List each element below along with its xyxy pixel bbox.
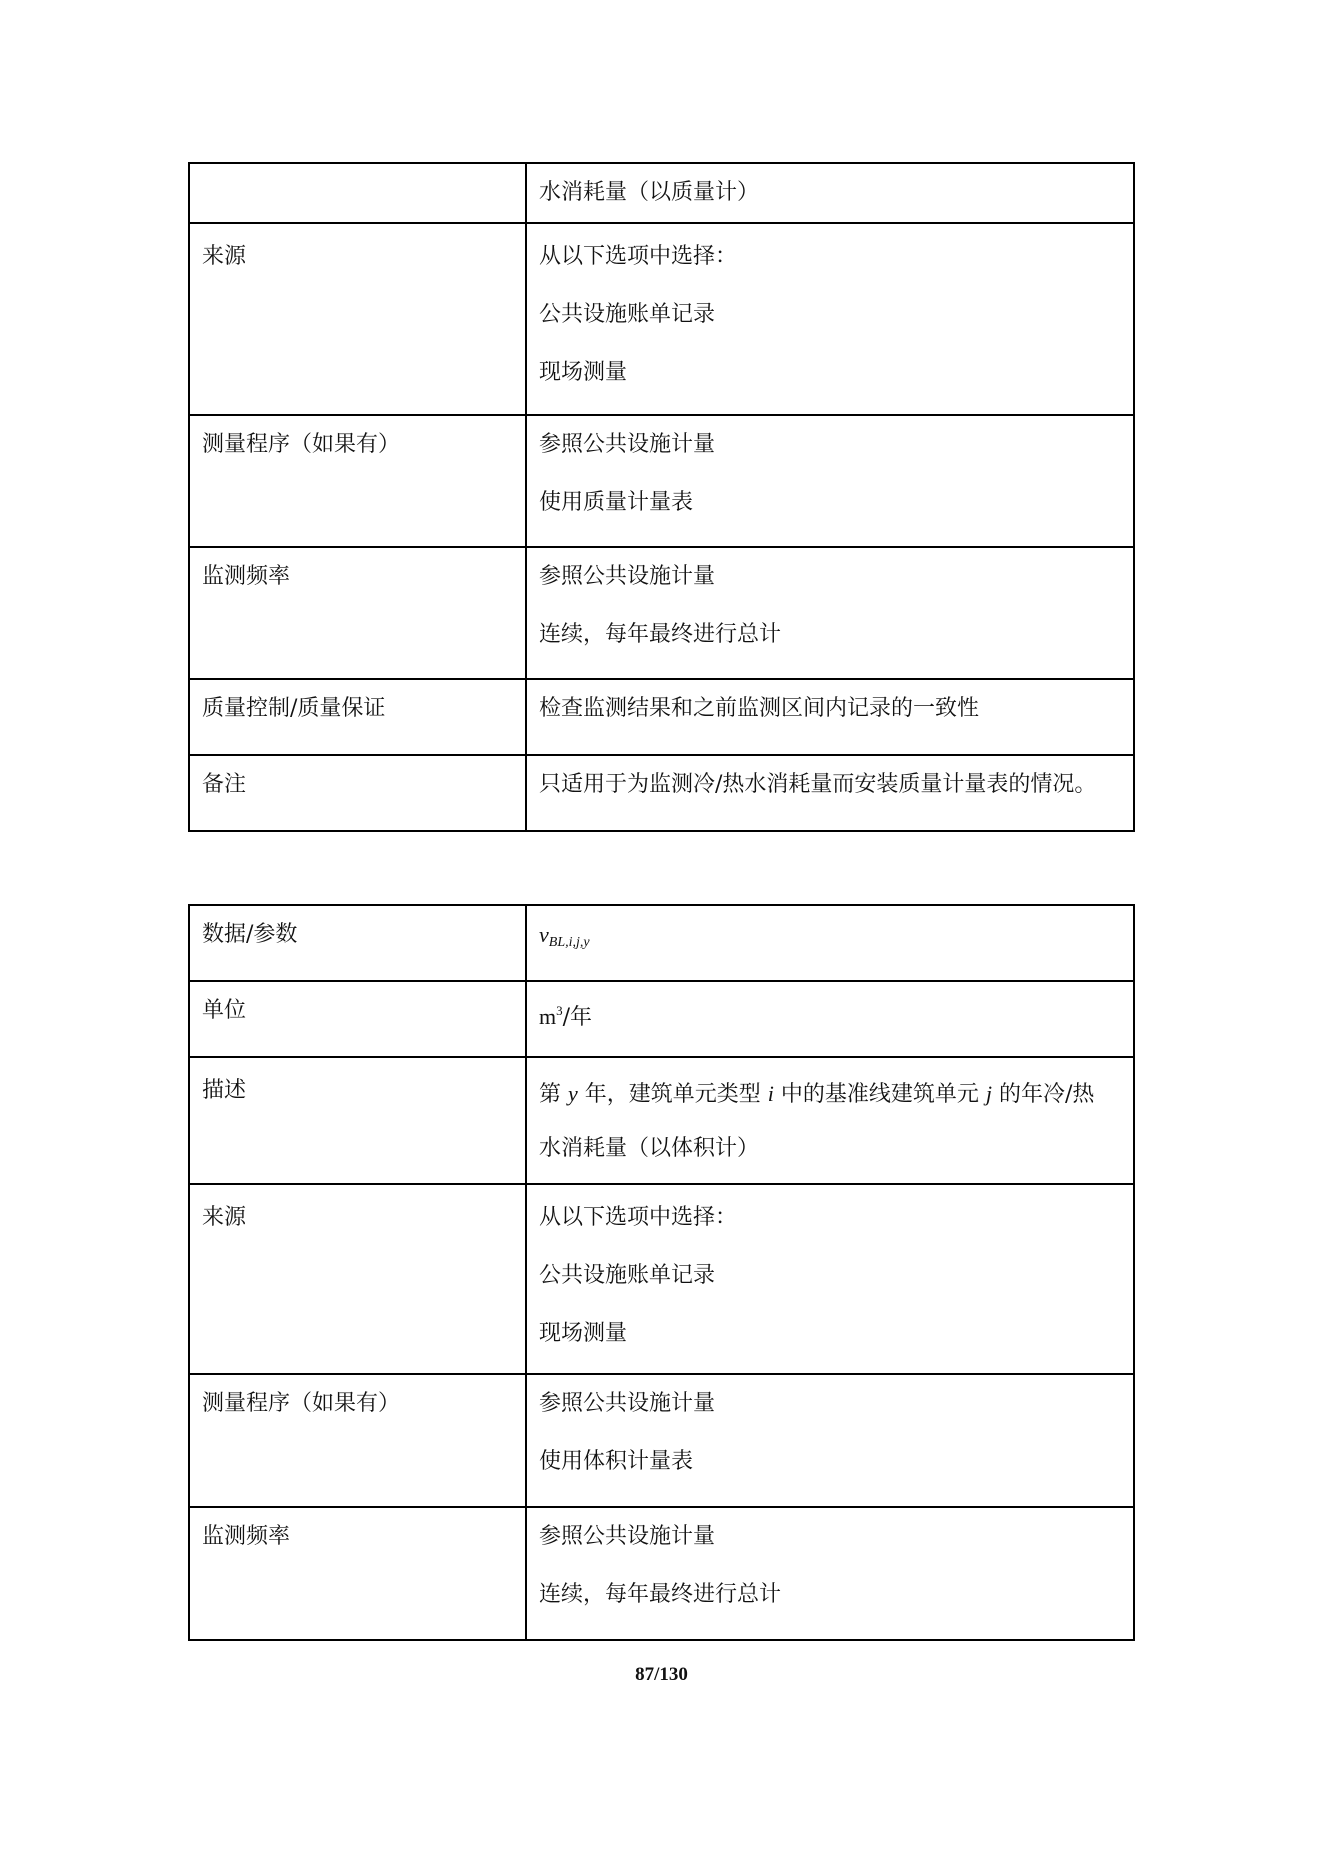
table-row: 测量程序（如果有） 参照公共设施计量 使用质量计量表 (189, 415, 1134, 547)
row-value: 参照公共设施计量 使用质量计量表 (526, 415, 1134, 547)
table-row: 质量控制/质量保证 检查监测结果和之前监测区间内记录的一致性 (189, 679, 1134, 755)
value-line: 从以下选项中选择： (539, 1189, 1121, 1247)
value-line: 参照公共设施计量 (539, 416, 1121, 474)
page-number: 87/130 (0, 1664, 1323, 1686)
variable-symbol: vBL,i,j,y (539, 922, 590, 947)
value-line: 现场测量 (539, 344, 1121, 402)
row-label: 来源 (189, 1184, 526, 1374)
row-value: 从以下选项中选择： 公共设施账单记录 现场测量 (526, 223, 1134, 415)
value-line: 使用质量计量表 (539, 474, 1121, 532)
row-value: 只适用于为监测冷/热水消耗量而安装质量计量表的情况。 (526, 755, 1134, 831)
monitoring-parameter-table-volume: 数据/参数 vBL,i,j,y 单位 m3/年 描述 第 y 年，建筑单元类型 … (188, 904, 1135, 1641)
value-line: 连续，每年最终进行总计 (539, 1566, 1121, 1624)
row-label: 数据/参数 (189, 905, 526, 981)
table-row: 来源 从以下选项中选择： 公共设施账单记录 现场测量 (189, 1184, 1134, 1374)
unit-value: m3/年 (526, 981, 1134, 1057)
value-line: 连续，每年最终进行总计 (539, 606, 1121, 664)
row-value: 参照公共设施计量 使用体积计量表 (526, 1374, 1134, 1507)
parameter-symbol: vBL,i,j,y (526, 905, 1134, 981)
table-row: 数据/参数 vBL,i,j,y (189, 905, 1134, 981)
row-label: 质量控制/质量保证 (189, 679, 526, 755)
value-line: 水消耗量（以体积计） (539, 1129, 1121, 1183)
value-line: 检查监测结果和之前监测区间内记录的一致性 (539, 680, 1121, 738)
value-line: 只适用于为监测冷/热水消耗量而安装质量计量表的情况。 (539, 756, 1121, 814)
row-value: 水消耗量（以质量计） (526, 163, 1134, 223)
monitoring-parameter-table-mass: 水消耗量（以质量计） 来源 从以下选项中选择： 公共设施账单记录 现场测量 测量… (188, 162, 1135, 832)
value-line: 公共设施账单记录 (539, 286, 1121, 344)
table-row: 测量程序（如果有） 参照公共设施计量 使用体积计量表 (189, 1374, 1134, 1507)
table-row: 监测频率 参照公共设施计量 连续，每年最终进行总计 (189, 1507, 1134, 1640)
value-line: 参照公共设施计量 (539, 548, 1121, 606)
row-label: 测量程序（如果有） (189, 415, 526, 547)
value-line: 从以下选项中选择： (539, 228, 1121, 286)
row-value: 从以下选项中选择： 公共设施账单记录 现场测量 (526, 1184, 1134, 1374)
row-value: 参照公共设施计量 连续，每年最终进行总计 (526, 1507, 1134, 1640)
row-label: 描述 (189, 1057, 526, 1184)
row-value: 检查监测结果和之前监测区间内记录的一致性 (526, 679, 1134, 755)
table-row: 来源 从以下选项中选择： 公共设施账单记录 现场测量 (189, 223, 1134, 415)
value-line: 公共设施账单记录 (539, 1247, 1121, 1305)
row-label: 单位 (189, 981, 526, 1057)
row-label (189, 163, 526, 223)
row-label: 监测频率 (189, 547, 526, 679)
row-label: 监测频率 (189, 1507, 526, 1640)
value-line: 参照公共设施计量 (539, 1375, 1121, 1433)
value-line: 使用体积计量表 (539, 1433, 1121, 1491)
row-label: 测量程序（如果有） (189, 1374, 526, 1507)
table-row: 单位 m3/年 (189, 981, 1134, 1057)
table-row: 备注 只适用于为监测冷/热水消耗量而安装质量计量表的情况。 (189, 755, 1134, 831)
table-row: 水消耗量（以质量计） (189, 163, 1134, 223)
description-value: 第 y 年，建筑单元类型 i 中的基准线建筑单元 j 的年冷/热 水消耗量（以体… (526, 1057, 1134, 1184)
value-line: 现场测量 (539, 1305, 1121, 1363)
value-line: 参照公共设施计量 (539, 1508, 1121, 1566)
table-row: 监测频率 参照公共设施计量 连续，每年最终进行总计 (189, 547, 1134, 679)
row-label: 来源 (189, 223, 526, 415)
value-line: 第 y 年，建筑单元类型 i 中的基准线建筑单元 j 的年冷/热 (539, 1058, 1121, 1129)
row-value: 参照公共设施计量 连续，每年最终进行总计 (526, 547, 1134, 679)
table-row: 描述 第 y 年，建筑单元类型 i 中的基准线建筑单元 j 的年冷/热 水消耗量… (189, 1057, 1134, 1184)
value-line: 水消耗量（以质量计） (539, 164, 1121, 222)
row-label: 备注 (189, 755, 526, 831)
